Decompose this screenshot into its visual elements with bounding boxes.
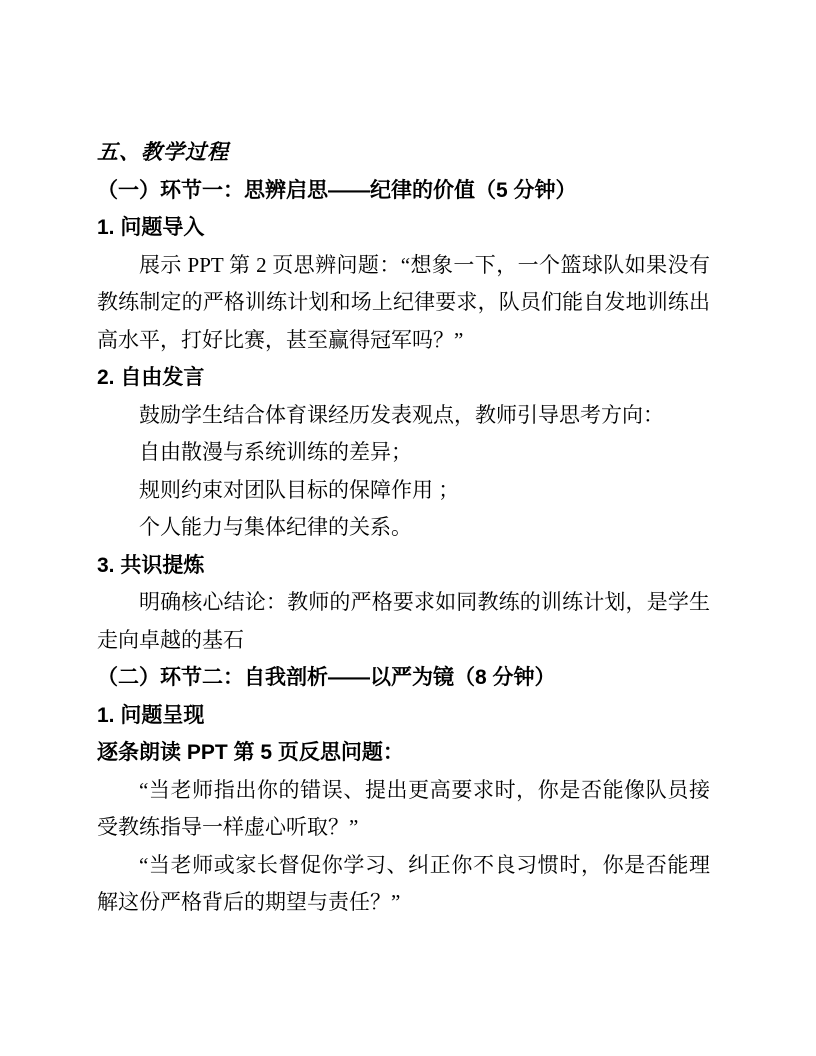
step-label-2-1: 1. 问题呈现 <box>97 697 710 735</box>
paragraph: 鼓励学生结合体育课经历发表观点，教师引导思考方向： <box>97 397 710 435</box>
document-title: 五、教学过程 <box>97 134 710 172</box>
paragraph: 展示 PPT 第 2 页思辨问题：“想象一下，一个篮球队如果没有教练制定的严格训… <box>97 247 710 360</box>
step-label-2-2: 逐条朗读 PPT 第 5 页反思问题： <box>97 734 710 772</box>
section-heading-1: （一）环节一：思辨启思——纪律的价值（5 分钟） <box>97 172 710 210</box>
document-page: 五、教学过程 （一）环节一：思辨启思——纪律的价值（5 分钟） 1. 问题导入 … <box>0 0 816 1056</box>
paragraph: 明确核心结论：教师的严格要求如同教练的训练计划，是学生走向卓越的基石 <box>97 584 710 659</box>
section-heading-2: （二）环节二：自我剖析——以严为镜（8 分钟） <box>97 659 710 697</box>
step-label-1-1: 1. 问题导入 <box>97 209 710 247</box>
step-label-1-3: 3. 共识提炼 <box>97 547 710 585</box>
paragraph: 规则约束对团队目标的保障作用 ； <box>97 472 710 510</box>
paragraph: “当老师指出你的错误、提出更高要求时，你是否能像队员接受教练指导一样虚心听取？” <box>97 772 710 847</box>
paragraph: 个人能力与集体纪律的关系。 <box>97 509 710 547</box>
step-label-1-2: 2. 自由发言 <box>97 359 710 397</box>
paragraph: “当老师或家长督促你学习、纠正你不良习惯时，你是否能理解这份严格背后的期望与责任… <box>97 847 710 922</box>
paragraph: 自由散漫与系统训练的差异； <box>97 434 710 472</box>
